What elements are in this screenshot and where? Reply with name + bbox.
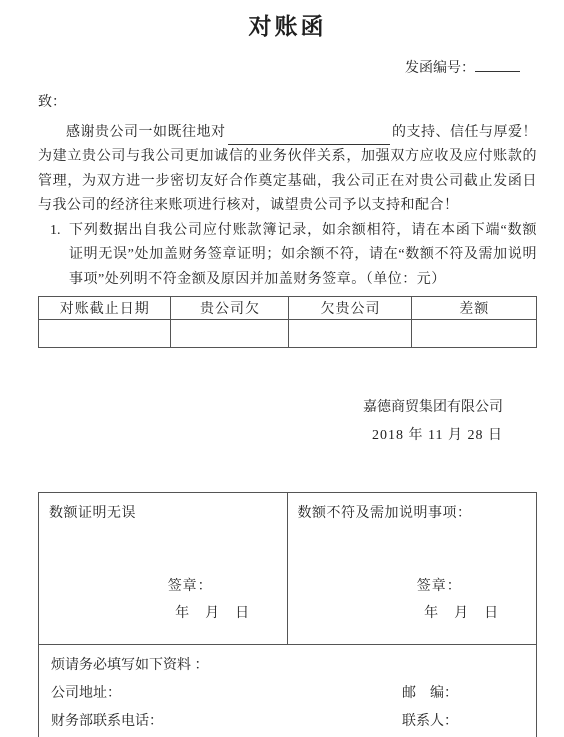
reconciliation-letter: 对账函 发函编号： 致： 感谢贵公司一如既往地对 的支持、信任与厚爱！ 为建立贵… <box>0 0 564 737</box>
date-fill-left[interactable]: 年 月 日 <box>175 602 250 622</box>
amount-mismatch-box: 数额不符及需加说明事项： 签章： 年 月 日 <box>288 493 537 644</box>
table-cell-difference[interactable] <box>412 320 537 348</box>
company-address-label[interactable]: 公司地址： <box>51 686 121 701</box>
greeting-line: 感谢贵公司一如既往地对 的支持、信任与厚爱！ <box>38 121 537 145</box>
table-header-cutoff-date: 对账截止日期 <box>39 297 171 320</box>
table-header-you-owe: 贵公司欠 <box>171 297 289 320</box>
table-cell-you-owe[interactable] <box>171 320 289 348</box>
page-title: 对账函 <box>38 8 537 41</box>
contact-info-box: 烦请务必填写如下资料 ： 公司地址： 邮 编： 财务部联系电话： 联系人： <box>39 644 536 737</box>
amount-confirmed-title: 数额证明无误 <box>49 502 277 522</box>
issuer-company-name: 嘉德商贸集团有限公司 <box>38 398 503 418</box>
ref-number-label: 发函编号： <box>405 61 475 76</box>
amount-mismatch-title: 数额不符及需加说明事项： <box>298 502 527 522</box>
salutation: 致： <box>38 92 537 114</box>
issuer-block: 嘉德商贸集团有限公司 2018 年 11 月 28 日 <box>38 398 537 446</box>
issuer-date: 2018 年 11 月 28 日 <box>38 426 503 446</box>
table-header-difference: 差额 <box>412 297 537 320</box>
contact-info-instruction: 烦请务必填写如下资料 ： <box>51 656 524 675</box>
list-item-text: 下列数据出自我公司应付账款簿记录，如余额相符，请在本函下端“数额证明无误”处加盖… <box>69 219 537 293</box>
confirmation-row: 数额证明无误 签章： 年 月 日 数额不符及需加说明事项： 签章： 年 月 日 <box>39 493 536 644</box>
date-fill-right[interactable]: 年 月 日 <box>424 602 499 622</box>
balance-table: 对账截止日期 贵公司欠 欠贵公司 差额 <box>38 296 537 348</box>
table-row <box>39 320 537 348</box>
list-item-1: 1. 下列数据出自我公司应付账款簿记录，如余额相符，请在本函下端“数额证明无误”… <box>38 219 537 293</box>
contact-person-label[interactable]: 联系人： <box>402 712 458 731</box>
confirmation-table: 数额证明无误 签章： 年 月 日 数额不符及需加说明事项： 签章： 年 月 日 … <box>38 492 537 737</box>
ref-number-blank-field[interactable] <box>475 57 520 72</box>
body-paragraph: 为建立贵公司与我公司更加诚信的业务伙伴关系，加强双方应收及应付账款的管理，为双方… <box>38 145 537 219</box>
amount-confirmed-box: 数额证明无误 签章： 年 月 日 <box>39 493 288 644</box>
ref-number-line: 发函编号： <box>38 57 537 77</box>
table-cell-cutoff-date[interactable] <box>39 320 171 348</box>
table-header-owed-to-you: 欠贵公司 <box>289 297 412 320</box>
table-cell-owed-to-you[interactable] <box>289 320 412 348</box>
postal-code-label[interactable]: 邮 编： <box>402 684 458 703</box>
company-name-blank-field[interactable] <box>228 126 391 145</box>
address-line: 公司地址： 邮 编： <box>51 684 524 703</box>
phone-line: 财务部联系电话： 联系人： <box>51 712 524 731</box>
seal-label-left: 签章： <box>168 575 213 595</box>
greeting-prefix: 感谢贵公司一如既往地对 <box>38 121 226 145</box>
table-header-row: 对账截止日期 贵公司欠 欠贵公司 差额 <box>39 297 537 320</box>
list-item-number: 1. <box>38 219 69 293</box>
seal-label-right: 签章： <box>417 575 462 595</box>
greeting-suffix: 的支持、信任与厚爱！ <box>392 121 537 145</box>
finance-phone-label[interactable]: 财务部联系电话： <box>51 714 163 729</box>
